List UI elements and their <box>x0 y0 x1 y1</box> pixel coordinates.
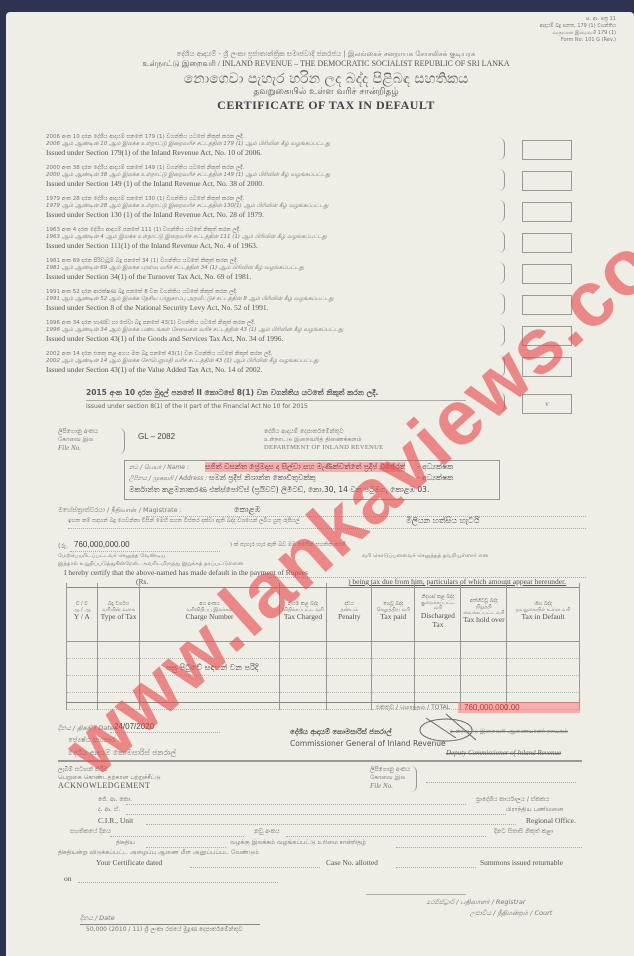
table-cell <box>67 642 98 659</box>
table-cell <box>97 642 140 659</box>
ack-field[interactable] <box>126 804 466 805</box>
column-header: අය අංකයவரிவிதிப்பு இலக்கம்Charge Number <box>140 583 279 642</box>
table-cell <box>140 642 279 659</box>
brace <box>498 231 505 253</box>
certificate-page: ස. ආ. පත්‍ර 11 ආදායම් බදු පනත, 179 (1) ව… <box>6 12 634 956</box>
table-cell <box>507 676 580 693</box>
table-cell <box>140 693 279 710</box>
section-ta: 1981 ஆம் ஆண்டின் 69 ஆம் இலக்க புரள்வு வர… <box>46 265 506 272</box>
table-row <box>67 642 580 659</box>
amount-tamil-3: இத்தால் உறுதிப்படுத்துகின்றேன். அவரிடமிர… <box>58 561 243 568</box>
section-ta: 2000 ஆம் ஆண்டின் 38 ஆம் இலக்க உள்நாட்டு … <box>46 172 506 179</box>
issuing-section: 1979 අංක 28 දරන දේශීය ආදායම් පනතේ 130 (1… <box>46 196 506 219</box>
financial-act-en: Issued under section 8(1) of the II part… <box>86 400 466 410</box>
column-header: ව / වஆ / ஆY / A <box>67 583 98 642</box>
table-cell <box>415 642 461 659</box>
issuing-section: 1996 අංක 34 දරන භාණ්ඩ හා සේවා බදු පනතේ 4… <box>46 320 506 343</box>
ack-file-ta: கோவை இல <box>370 774 410 782</box>
section-si: 1996 අංක 34 දරන භාණ්ඩ හා සේවා බදු පනතේ 4… <box>46 320 506 327</box>
ack-cir-en: C.I.R., Unit <box>98 816 133 825</box>
section-ta: 2002 ஆம் ஆண்டின் 14 ஆம் இலக்க சேர்பெறுமத… <box>46 358 506 365</box>
section-ta: 1963 ஆம் ஆண்டின் 4 ஆம் இலக்க உள்நாட்டு இ… <box>46 234 506 241</box>
issuing-section: 2000 අංක 38 දරන දේශීය ආදායම් පනතේ 149 (1… <box>46 165 506 188</box>
registrar-label: රෙජිස්ට්‍රාර් / பதிவாளர் / Registrar <box>426 898 526 907</box>
table-cell <box>415 676 461 693</box>
section-checkbox[interactable] <box>522 140 572 160</box>
financial-act-checkbox[interactable]: v <box>522 394 572 414</box>
table-note: පසු පිටුවේ සඳහන් වන පරිදි <box>166 663 258 673</box>
financial-act-si: 2015 අංක 10 දරන මුදල් පනතේ II කොටසේ 8(1)… <box>86 388 466 398</box>
ack-file-en: File No. <box>370 782 410 790</box>
table-cell <box>507 659 580 676</box>
ack-file-field[interactable] <box>426 782 576 783</box>
header-en: Charge Number <box>141 613 277 622</box>
section-checkbox[interactable] <box>522 171 572 191</box>
file-label-si: ලිපිගොනු අංකය <box>58 428 98 436</box>
ack-date-field[interactable] <box>80 924 260 925</box>
ack-case-si: නඩු අංකය <box>254 828 280 836</box>
table-header-row: ව / වஆ / ஆY / Aබදු වර්ගයவரியின் வகைType … <box>67 583 580 642</box>
section-si: 1979 අංක 28 දරන දේශීය ආදායම් පනතේ 130 (1… <box>46 196 506 203</box>
section-separator <box>58 760 582 762</box>
ack-regional-ta: பிராந்திய பணிமனை <box>506 806 563 814</box>
issuing-section: 2006 අංක 10 දරන දේශීය ආදායම් පනතේ 179 (1… <box>46 134 506 157</box>
ack-on-field[interactable] <box>78 882 278 883</box>
ack-file-si: ලිපිගොනු අංකය <box>370 766 410 774</box>
header-en: Discharged Tax <box>416 612 459 629</box>
section-checkbox[interactable] <box>522 233 572 253</box>
ack-ta-case: வழக்கு இலக்கம் வழங்கப்பட்டு உரிமை சான்றி… <box>230 839 366 847</box>
issuing-section: 1963 අංක 4 දරන දේශීය ආදායම් පනතේ 111 (1)… <box>46 227 506 250</box>
department-ta: உள்நாட்டு இறைவரித் திணைக்களம் <box>264 436 464 444</box>
header-en: Penalty <box>328 613 370 622</box>
column-header: ගෙවූ බද්දசெலுத்திய வரிTax paid <box>372 583 415 642</box>
title-tamil: தவறுகையில் உள்ள வரிச் சான்றிதழ் <box>46 87 606 98</box>
table-cell <box>140 676 279 693</box>
address-role: - අධ්‍යක්ෂක <box>417 473 453 483</box>
table-row <box>67 659 580 676</box>
section-en: Issued under Section 43(1) of the Goods … <box>46 334 506 343</box>
signatory-right-si: දේශීය ආදායම් කොමසාරිස් ජනරාල් <box>290 728 392 737</box>
amount-tamil-1: மேற்பெயரிடப்பட்டவர் செலுத்த வேண்டிய <box>58 553 166 560</box>
ack-on: on <box>64 874 72 883</box>
section-si: 1981 අංක 69 දරන පිරිවැටුම් බදු පනතේ 34 (… <box>46 258 506 265</box>
section-en: Issued under Section 179(1) of the Inlan… <box>46 148 506 157</box>
ack-cert-date-field[interactable] <box>190 867 320 868</box>
name-label: නම / பெயர் / Name : <box>129 464 189 472</box>
table-cell <box>67 676 98 693</box>
ack-regional-si: ප්‍රාදේශීය කාර්යාලය / ඒකකය <box>476 796 549 804</box>
header-en: Tax hold over <box>462 616 505 625</box>
ack-field[interactable] <box>146 824 516 825</box>
header-en: Y / A <box>68 613 96 622</box>
amount-suffix-si: ) ක් පැහැර හැර ඇති බව මම මෙයින් සහතික කර… <box>230 542 346 549</box>
brace <box>498 355 505 377</box>
ack-field[interactable] <box>126 814 506 815</box>
header-en: Tax in Default <box>508 613 578 622</box>
file-label-ta: கோவை இல <box>58 436 98 444</box>
section-checkbox[interactable] <box>522 357 572 377</box>
section-si: 2002 අංක 14 දරන එකතු කළ අගය මත බදු පනතේ … <box>46 351 506 358</box>
table-cell <box>372 659 415 676</box>
brace <box>118 428 125 454</box>
table-cell <box>372 642 415 659</box>
section-ta: 1991 ஆம் ஆண்டின் 52 ஆம் இலக்க தேசிய பாது… <box>46 296 506 303</box>
ack-your-cert: Your Certificate dated <box>96 858 162 867</box>
table-cell <box>461 642 507 659</box>
registrar-signature-line <box>366 894 466 895</box>
section-checkbox[interactable] <box>522 264 572 284</box>
header: දේශීය ආදායම් - ශ්‍රී ලංකා ප්‍රජාතාන්ත්‍ර… <box>46 50 606 113</box>
ack-summons: Summons issued returnable <box>480 858 563 867</box>
tax-particulars-table: ව / වஆ / ஆY / Aබදු වර්ගයவரியின் வகைType … <box>66 583 580 710</box>
form-ref-line3: வருமான இறைவரி 179 (1) <box>466 30 616 37</box>
brace <box>498 293 505 315</box>
department: දේශීය ආදායම් දෙපාර්තමේන්තුව உள்நாட்டு இற… <box>264 428 464 452</box>
address-value: සමන් ප්‍රදීප් නිශාන්ත කොඩිතුවක්කු <box>209 473 316 483</box>
header-en: Tax Charged <box>281 613 326 622</box>
section-checkbox[interactable] <box>522 326 572 346</box>
column-header: බදු වර්ගයவரியின் வகைType of Tax <box>97 583 140 642</box>
section-en: Issued under Section 8 of the National S… <box>46 303 506 312</box>
ack-date-label: දිනය / Date <box>80 914 115 923</box>
ack-cir-si: ද. ආ. ඒ. <box>98 806 120 814</box>
amount-in-words: මිලියන හත්සිය හැටයි <box>406 516 480 526</box>
header-en: Tax paid <box>373 613 413 622</box>
magistrate-value: කොළඹ <box>234 505 261 515</box>
ack-regional-en: Regional Office. <box>526 816 576 825</box>
ack-field[interactable] <box>286 836 486 837</box>
table-cell <box>461 659 507 676</box>
section-si: 1963 අංක 4 දරන දේශීය ආදායම් පනතේ 111 (1)… <box>46 227 506 234</box>
table-cell <box>279 676 327 693</box>
form-ref-line1: ස. ආ. පත්‍ර 11 <box>466 16 616 23</box>
table-cell <box>507 642 580 659</box>
deputy-commissioner: Deputy Commissioner of Inland Revenue <box>446 749 561 757</box>
ack-heading: ලැබීම් සටහන් කිරීම பெறுகை கொண்டதற்கான பற… <box>58 766 161 790</box>
file-number-label: ලිපිගොනු අංකය கோவை இல File No. <box>58 428 98 452</box>
department-en: DEPARTMENT OF INLAND REVENUE <box>264 444 464 452</box>
amount-prefix: (රු. <box>58 542 68 551</box>
table-cell <box>461 676 507 693</box>
section-ta: 2006 ஆம் ஆண்டின் 10 ஆம் இலக்க உள்நாட்டு … <box>46 141 506 148</box>
table-cell <box>327 693 372 710</box>
section-en: Issued under Section 34(1) of the Turnov… <box>46 272 506 281</box>
section-ta: 1979 ஆம் ஆண்டின் 28 ஆம் இலக்க உள்நாட்டு … <box>46 203 506 210</box>
column-header: නිදහස් කළ බද්දகுறைக்கப்பட்ட வரிDischarge… <box>415 583 461 642</box>
divider <box>70 551 220 552</box>
divider <box>110 732 220 733</box>
divider <box>146 516 586 517</box>
table-cell <box>67 693 98 710</box>
issuing-section: 1991 අංක 52 දරන ආරක්ෂණ බදු පනතේ 8 වන වගන… <box>46 289 506 312</box>
ack-file-label: ලිපිගොනු අංකය கோவை இல File No. <box>370 766 410 790</box>
file-number-value: GL – 2082 <box>138 432 175 441</box>
column-header: අත්හිටවූ බද්දநிறுத்தி வைக்கப்பட்ட வரிTax… <box>461 583 507 642</box>
brace <box>498 324 505 346</box>
court-label: උසාවිය / நீதிமன்றம் / Court <box>470 909 552 918</box>
ack-field[interactable] <box>110 836 244 837</box>
brace <box>410 766 417 792</box>
ack-field[interactable] <box>146 847 226 848</box>
file-label-en: File No. <box>58 444 98 452</box>
table-cell <box>67 659 98 676</box>
section-en: Issued under Section 43(1) of the Value … <box>46 365 506 374</box>
brace <box>498 392 505 412</box>
divider <box>68 528 586 529</box>
form-ref-line2: ආදායම් බදු පනත, 179 (1) වගන්තිය <box>466 23 616 30</box>
form-number: Form No: 101 G (Rev.) <box>466 37 616 44</box>
taxpayer-box: නම / பெயர் / Name : සජිත් වසන්ත ප්‍රේමදා… <box>124 460 500 500</box>
table-cell <box>97 659 140 676</box>
department-si: දේශීය ආදායම් දෙපාර්තමේන්තුව <box>264 428 464 436</box>
printer-imprint: 50,000 (2010 / 11) ශ්‍රී ලංකා රජයේ මුද්‍… <box>86 926 243 934</box>
column-header: හිඟ බද්දதவறுகையில் உள்ள வரிTax in Defaul… <box>507 583 580 642</box>
name-role: - අධ්‍යක්ෂක <box>417 462 453 472</box>
amount-value: 760,000,000.00 <box>74 540 130 549</box>
header-en: Type of Tax <box>99 613 139 622</box>
ack-cert-dated-si: සහතිකයේ දිනය <box>70 828 111 836</box>
table-cell <box>327 659 372 676</box>
ack-ta-line: திகதியன்று விடுக்கப்பட்ட அழைப்பு ஆணை மீள… <box>58 849 259 857</box>
table-cell <box>279 642 327 659</box>
section-checkbox[interactable] <box>522 202 572 222</box>
magistrate-label: මහේස්ත්‍රාත්වරයා / நீதிவான் / Magistrate… <box>58 506 182 515</box>
ack-case-no: Case No. allotted <box>326 858 378 867</box>
brace <box>498 200 505 222</box>
certify-english: I hereby certify that the above-named ha… <box>64 568 308 577</box>
title-english: CERTIFICATE OF TAX IN DEFAULT <box>46 98 606 113</box>
name-value: සජිත් වසන්ත ප්‍රේමදාස ද සිල්වා සහ මැණික්… <box>205 462 405 472</box>
table-cell <box>97 693 140 710</box>
brace <box>498 169 505 191</box>
section-en: Issued under Section 130 (1) of the Inla… <box>46 210 506 219</box>
signatory-right-en: Commissioner General of Inland Revenue <box>290 739 446 748</box>
form-reference: ස. ආ. පත්‍ර 11 ආදායම් බදු පනත, 179 (1) ව… <box>466 16 616 44</box>
table-cell <box>279 659 327 676</box>
section-en: Issued under Section 149 (1) of the Inla… <box>46 179 506 188</box>
org-name-en: உள்நாட்டு இறைவரி / INLAND REVENUE – THE … <box>46 59 606 69</box>
signatory-left-1: ජ්‍යෙෂ්ඨ සහකාර <box>68 736 115 745</box>
ack-dear-si: ජේ. ආ. කො. <box>98 796 132 804</box>
ack-si: ලැබීම් සටහන් කිරීම <box>58 766 161 774</box>
section-si: 2006 අංක 10 දරන දේශීය ආදායම් පනතේ 179 (1… <box>46 134 506 141</box>
company-address-line: මර්කාන්ත කළමනාකරණ එක්ස්පෝට්ස් (ප්‍රයිවට්… <box>129 485 429 495</box>
table-cell <box>372 676 415 693</box>
ack-case-no-field[interactable] <box>396 867 476 868</box>
section-si: 1991 අංක 52 දරන ආරක්ෂණ බදු පනතේ 8 වන වගන… <box>46 289 506 296</box>
table-cell <box>415 659 461 676</box>
issuing-section: 2002 අංක 14 දරන එකතු කළ අගය මත බදු පනතේ … <box>46 351 506 374</box>
table-cell <box>327 676 372 693</box>
brace <box>498 262 505 284</box>
amount-tamil-2: வரி கொடுப்பனவைச் செலுத்தத் தவறியுள்ளார் … <box>362 553 488 560</box>
ack-en: ACKNOWLEDGEMENT <box>58 782 161 790</box>
table-row <box>67 676 580 693</box>
ack-ta-cert: திகதிய <box>116 839 135 847</box>
column-header: දඩයதண்டம்Penalty <box>327 583 372 642</box>
date-value: 24/07/2020 <box>114 722 154 731</box>
section-si: 2000 අංක 38 දරන දේශීය ආදායම් පනතේ 149 (1… <box>46 165 506 172</box>
table-cell <box>327 642 372 659</box>
ack-field[interactable] <box>396 847 582 848</box>
column-header: නියම කළ බද්දவிதிக்கப்பட்ட வரிTax Charged <box>279 583 327 642</box>
table-cell <box>279 693 327 710</box>
certify-sinhala: ඉහත නම් සඳහන් බදු ගෙවන්නා විසින් මෙහි පහ… <box>68 518 300 525</box>
brace <box>498 138 505 160</box>
org-name-si-ta: දේශීය ආදායම් - ශ්‍රී ලංකා ප්‍රජාතාන්ත්‍ර… <box>46 50 606 59</box>
financial-act-section: 2015 අංක 10 දරන මුදල් පනතේ II කොටසේ 8(1)… <box>86 388 466 410</box>
table-cell <box>97 676 140 693</box>
issuing-section: 1981 අංක 69 දරන පිරිවැටුම් බදු පනතේ 34 (… <box>46 258 506 281</box>
section-checkbox[interactable] <box>522 295 572 315</box>
signatory-right-ta: உள்நாட்டு இறைவரி ஆணையாளர் நாயகம் <box>450 728 568 736</box>
signatory-left-2: දේශීය ආදායම් කොමසාරිස් ජනරාල් <box>68 748 176 758</box>
section-ta: 1996 ஆம் ஆண்டின் 34 ஆம் இலக்க பண்டங்கள் … <box>46 327 506 334</box>
section-en: Issued under Section 111(1) of the Inlan… <box>46 241 506 250</box>
address-label: ලිපිනය / முகவரி / Address : <box>129 475 207 483</box>
ack-summons-si: දිනට සිතාසි නිකුත් කළා <box>494 828 553 836</box>
title-sinhala: නොගෙවා පැහැර හරින ලද බද්ද පිළිබඳ සහතිකය <box>46 71 606 87</box>
